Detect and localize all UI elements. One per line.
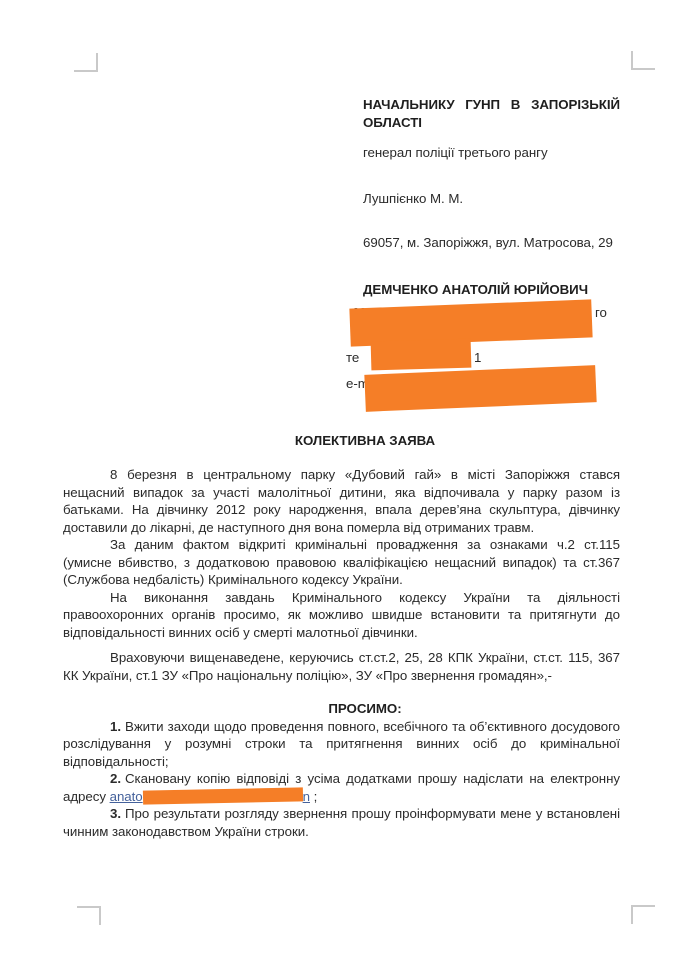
item-2-text-after-link: ; [310, 789, 317, 804]
addressee-name: Лушпієнко М. М. [363, 190, 620, 208]
request-heading: ПРОСИМО: [63, 700, 620, 718]
corner-mark-top-right-icon [631, 51, 655, 70]
document-body: 8 березня в центральному парку «Дубовий … [63, 466, 620, 840]
applicant-name: ДЕМЧЕНКО АНАТОЛІЙ ЮРІЙОВИЧ [363, 281, 620, 299]
item-3-number: 3. [110, 806, 121, 821]
paragraph-legal-grounds: Враховуючи вищенаведене, керуючись ст.ст… [63, 649, 620, 684]
applicant-address-fragment-right: го [595, 305, 607, 320]
applicant-phone-fragment-right: 1 [474, 350, 481, 365]
email-link-visible-end: n [303, 789, 310, 804]
corner-mark-bottom-left-icon [77, 906, 101, 925]
applicant-phone-fragment-left: те [346, 350, 359, 365]
paragraph-criminal-proceedings: За даним фактом відкриті кримінальні про… [63, 536, 620, 589]
corner-mark-bottom-right-icon [631, 905, 655, 924]
redaction-bar-email [364, 365, 596, 412]
request-item-3: 3.Про результати розгляду звернення прош… [63, 805, 620, 840]
item-2-number: 2. [110, 771, 121, 786]
request-item-2: 2.Скановану копію відповіді з усіма дода… [63, 770, 620, 805]
item-3-text: Про результати розгляду звернення прошу … [63, 806, 620, 839]
email-link[interactable]: anaton [110, 789, 310, 804]
redaction-bar-phone [371, 339, 472, 371]
addressee-rank: генерал поліції третього рангу [363, 144, 620, 162]
item-1-text: Вжити заходи щодо проведення повного, вс… [63, 719, 620, 769]
addressee-title: НАЧАЛЬНИКУ ГУНП В ЗАПОРІЗЬКІЙ ОБЛАСТІ [363, 96, 620, 132]
request-item-1: 1.Вжити заходи щодо проведення повного, … [63, 718, 620, 771]
item-1-number: 1. [110, 719, 121, 734]
redaction-bar-address [349, 299, 592, 346]
redaction-bar-email-link [142, 787, 302, 804]
paragraph-demand-accountability: На виконання завдань Кримінального кодек… [63, 589, 620, 642]
paragraph-incident: 8 березня в центральному парку «Дубовий … [63, 466, 620, 536]
email-link-visible-start: anato [110, 789, 143, 804]
document-page: НАЧАЛЬНИКУ ГУНП В ЗАПОРІЗЬКІЙ ОБЛАСТІ ге… [0, 0, 681, 960]
document-title: КОЛЕКТИВНА ЗАЯВА [63, 433, 620, 448]
corner-mark-top-left-icon [74, 53, 98, 72]
addressee-address: 69057, м. Запоріжжя, вул. Матросова, 29 [363, 234, 620, 252]
